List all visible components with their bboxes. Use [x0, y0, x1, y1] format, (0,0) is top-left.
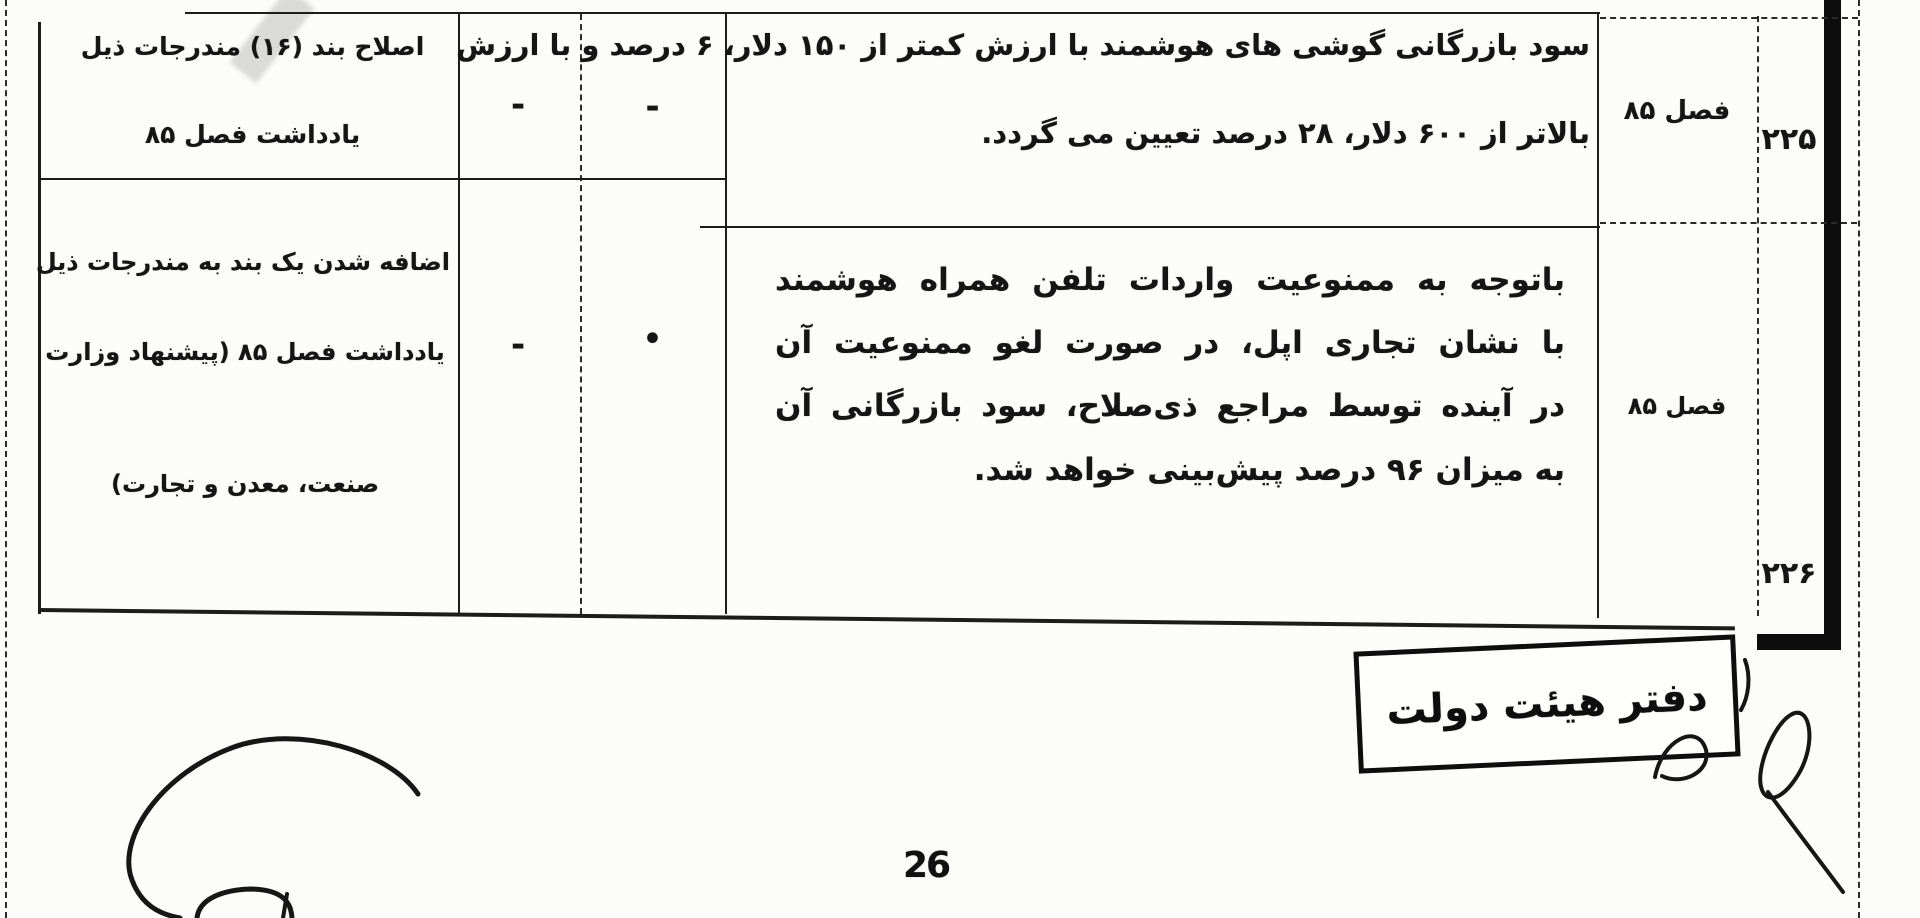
table-cell-mark: • — [600, 322, 705, 357]
row-divider-left — [38, 178, 725, 180]
row-divider-far-right — [1600, 222, 1857, 224]
amendment-text: اصلاح بند (۱۶) مندرجات ذیل — [55, 32, 450, 61]
amendment-text: یادداشت فصل ۸۵ (پیشنهاد وزارت — [40, 338, 450, 366]
signature-bottom-left — [129, 739, 418, 918]
government-board-office-stamp: دفتر هیئت دولت — [1353, 634, 1740, 773]
description-text: سود بازرگانی گوشی های هوشمند با ارزش کمت… — [735, 28, 1590, 62]
column-divider-amendment — [458, 14, 460, 614]
description-text: باتوجه به ممنوعیت واردات تلفن همراه هوشم… — [775, 262, 1565, 298]
table-top-border-right — [1600, 17, 1858, 19]
row-number: ۲۲۶ — [1758, 556, 1820, 591]
column-divider-a-b — [580, 14, 584, 614]
amendment-text: یادداشت فصل ۸۵ — [55, 120, 450, 149]
column-divider-chapter-number — [1757, 16, 1761, 616]
table-bottom-right-corner — [1757, 634, 1841, 650]
table-right-thick-border — [1824, 0, 1841, 650]
amendment-text: صنعت، معدن و تجارت) — [40, 470, 450, 498]
table-cell-mark: - — [600, 87, 705, 127]
amendment-text: اضافه شدن یک بند به مندرجات ذیل — [40, 248, 450, 276]
page-number: 26 — [903, 845, 949, 886]
description-text: در آینده توسط مراجع ذی‌صلاح، سود بازرگان… — [775, 388, 1565, 424]
chapter-cell: فصل ۸۵ — [1602, 392, 1752, 420]
chapter-cell: فصل ۸۵ — [1602, 96, 1752, 126]
description-text: بالاتر از ۶۰۰ دلار، ۲۸ درصد تعیین می گرد… — [735, 116, 1590, 150]
description-text: به میزان ۹۶ درصد پیش‌بینی خواهد شد. — [775, 452, 1565, 488]
table-top-border — [185, 12, 1600, 14]
table-cell-mark: - — [468, 85, 568, 125]
description-text: با نشان تجاری اپل، در صورت لغو ممنوعیت آ… — [775, 325, 1565, 361]
row-number: ۲۲۵ — [1758, 122, 1820, 157]
outer-dashed-edge-line — [1858, 0, 1862, 918]
column-divider-b-description — [725, 12, 727, 614]
table-left-border — [38, 22, 41, 614]
table-cell-mark: - — [468, 325, 568, 365]
table-bottom-border — [38, 608, 1735, 630]
stamp-label: دفتر هیئت دولت — [1385, 674, 1708, 735]
column-divider-description-chapter — [1597, 12, 1599, 618]
scanned-document-page: اصلاح بند (۱۶) مندرجات ذیل یادداشت فصل ۸… — [0, 0, 1920, 918]
row-divider-right — [700, 226, 1600, 228]
page-fold-dotted-line — [5, 0, 9, 918]
